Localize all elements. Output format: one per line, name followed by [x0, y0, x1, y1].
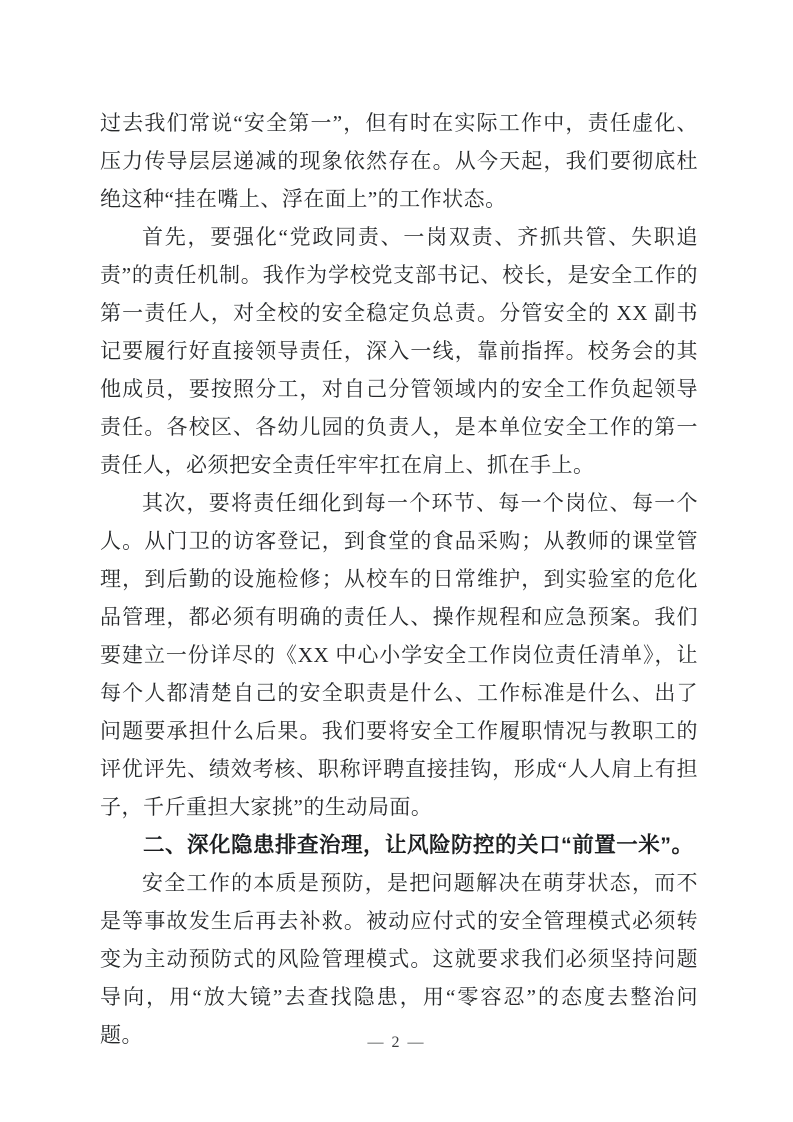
paragraph: 过去我们常说“安全第一”，但有时在实际工作中，责任虚化、压力传导层层递减的现象依…	[100, 104, 698, 218]
page-number: — 2 —	[0, 1034, 793, 1052]
document-page: 过去我们常说“安全第一”，但有时在实际工作中，责任虚化、压力传导层层递减的现象依…	[0, 0, 793, 1122]
section-heading: 二、深化隐患排查治理，让风险防控的关口“前置一米”。	[100, 826, 698, 864]
paragraph: 其次，要将责任细化到每一个环节、每一个岗位、每一个人。从门卫的访客登记，到食堂的…	[100, 484, 698, 826]
document-body: 过去我们常说“安全第一”，但有时在实际工作中，责任虚化、压力传导层层递减的现象依…	[100, 104, 698, 1054]
paragraph: 安全工作的本质是预防，是把问题解决在萌芽状态，而不是等事故发生后再去补救。被动应…	[100, 864, 698, 1054]
paragraph: 首先，要强化“党政同责、一岗双责、齐抓共管、失职追责”的责任机制。我作为学校党支…	[100, 218, 698, 484]
